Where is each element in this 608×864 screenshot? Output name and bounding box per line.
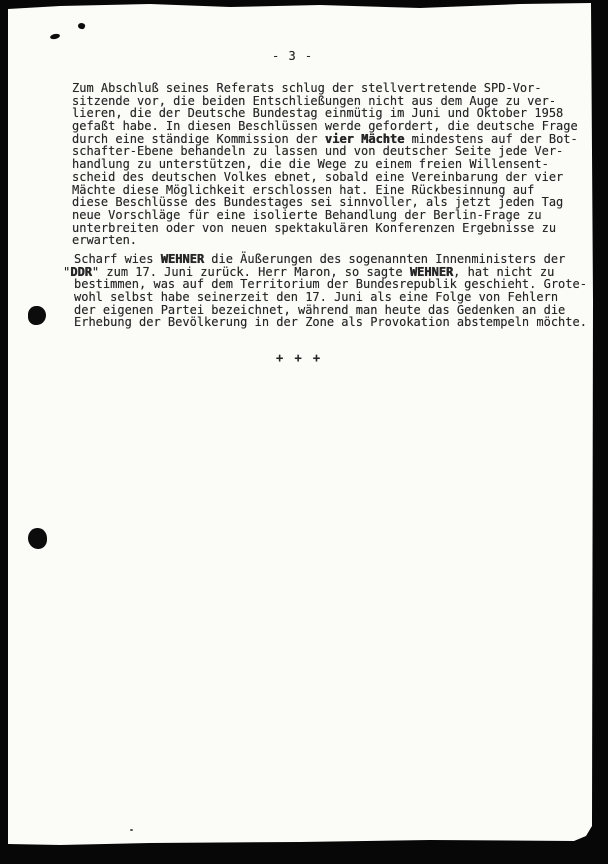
hole-punch-mark xyxy=(28,528,47,549)
text-line: Erhebung der Bevölkerung in der Zone als… xyxy=(74,316,596,329)
text-segment: unterbreiten oder von neuen spektakuläre… xyxy=(72,221,556,235)
text-segment: Erhebung der Bevölkerung in der Zone als… xyxy=(74,315,587,329)
ink-speck-mark xyxy=(130,829,133,831)
ink-speck-mark xyxy=(77,22,86,30)
page-number: - 3 - xyxy=(272,49,313,63)
end-separator: + + + xyxy=(276,351,322,365)
hole-punch-mark xyxy=(28,306,46,325)
text-line: erwarten. xyxy=(72,234,594,247)
text-line: unterbreiten oder von neuen spektakuläre… xyxy=(72,222,594,235)
text-segment: erwarten. xyxy=(72,233,137,247)
paragraph-2: Scharf wies WEHNER die Äußerungen des so… xyxy=(74,253,596,329)
paragraph-1: Zum Abschluß seines Referats schlug der … xyxy=(72,82,594,247)
page-content: - 3 - Zum Abschluß seines Referats schlu… xyxy=(0,0,608,864)
ink-speck-mark xyxy=(50,33,61,40)
